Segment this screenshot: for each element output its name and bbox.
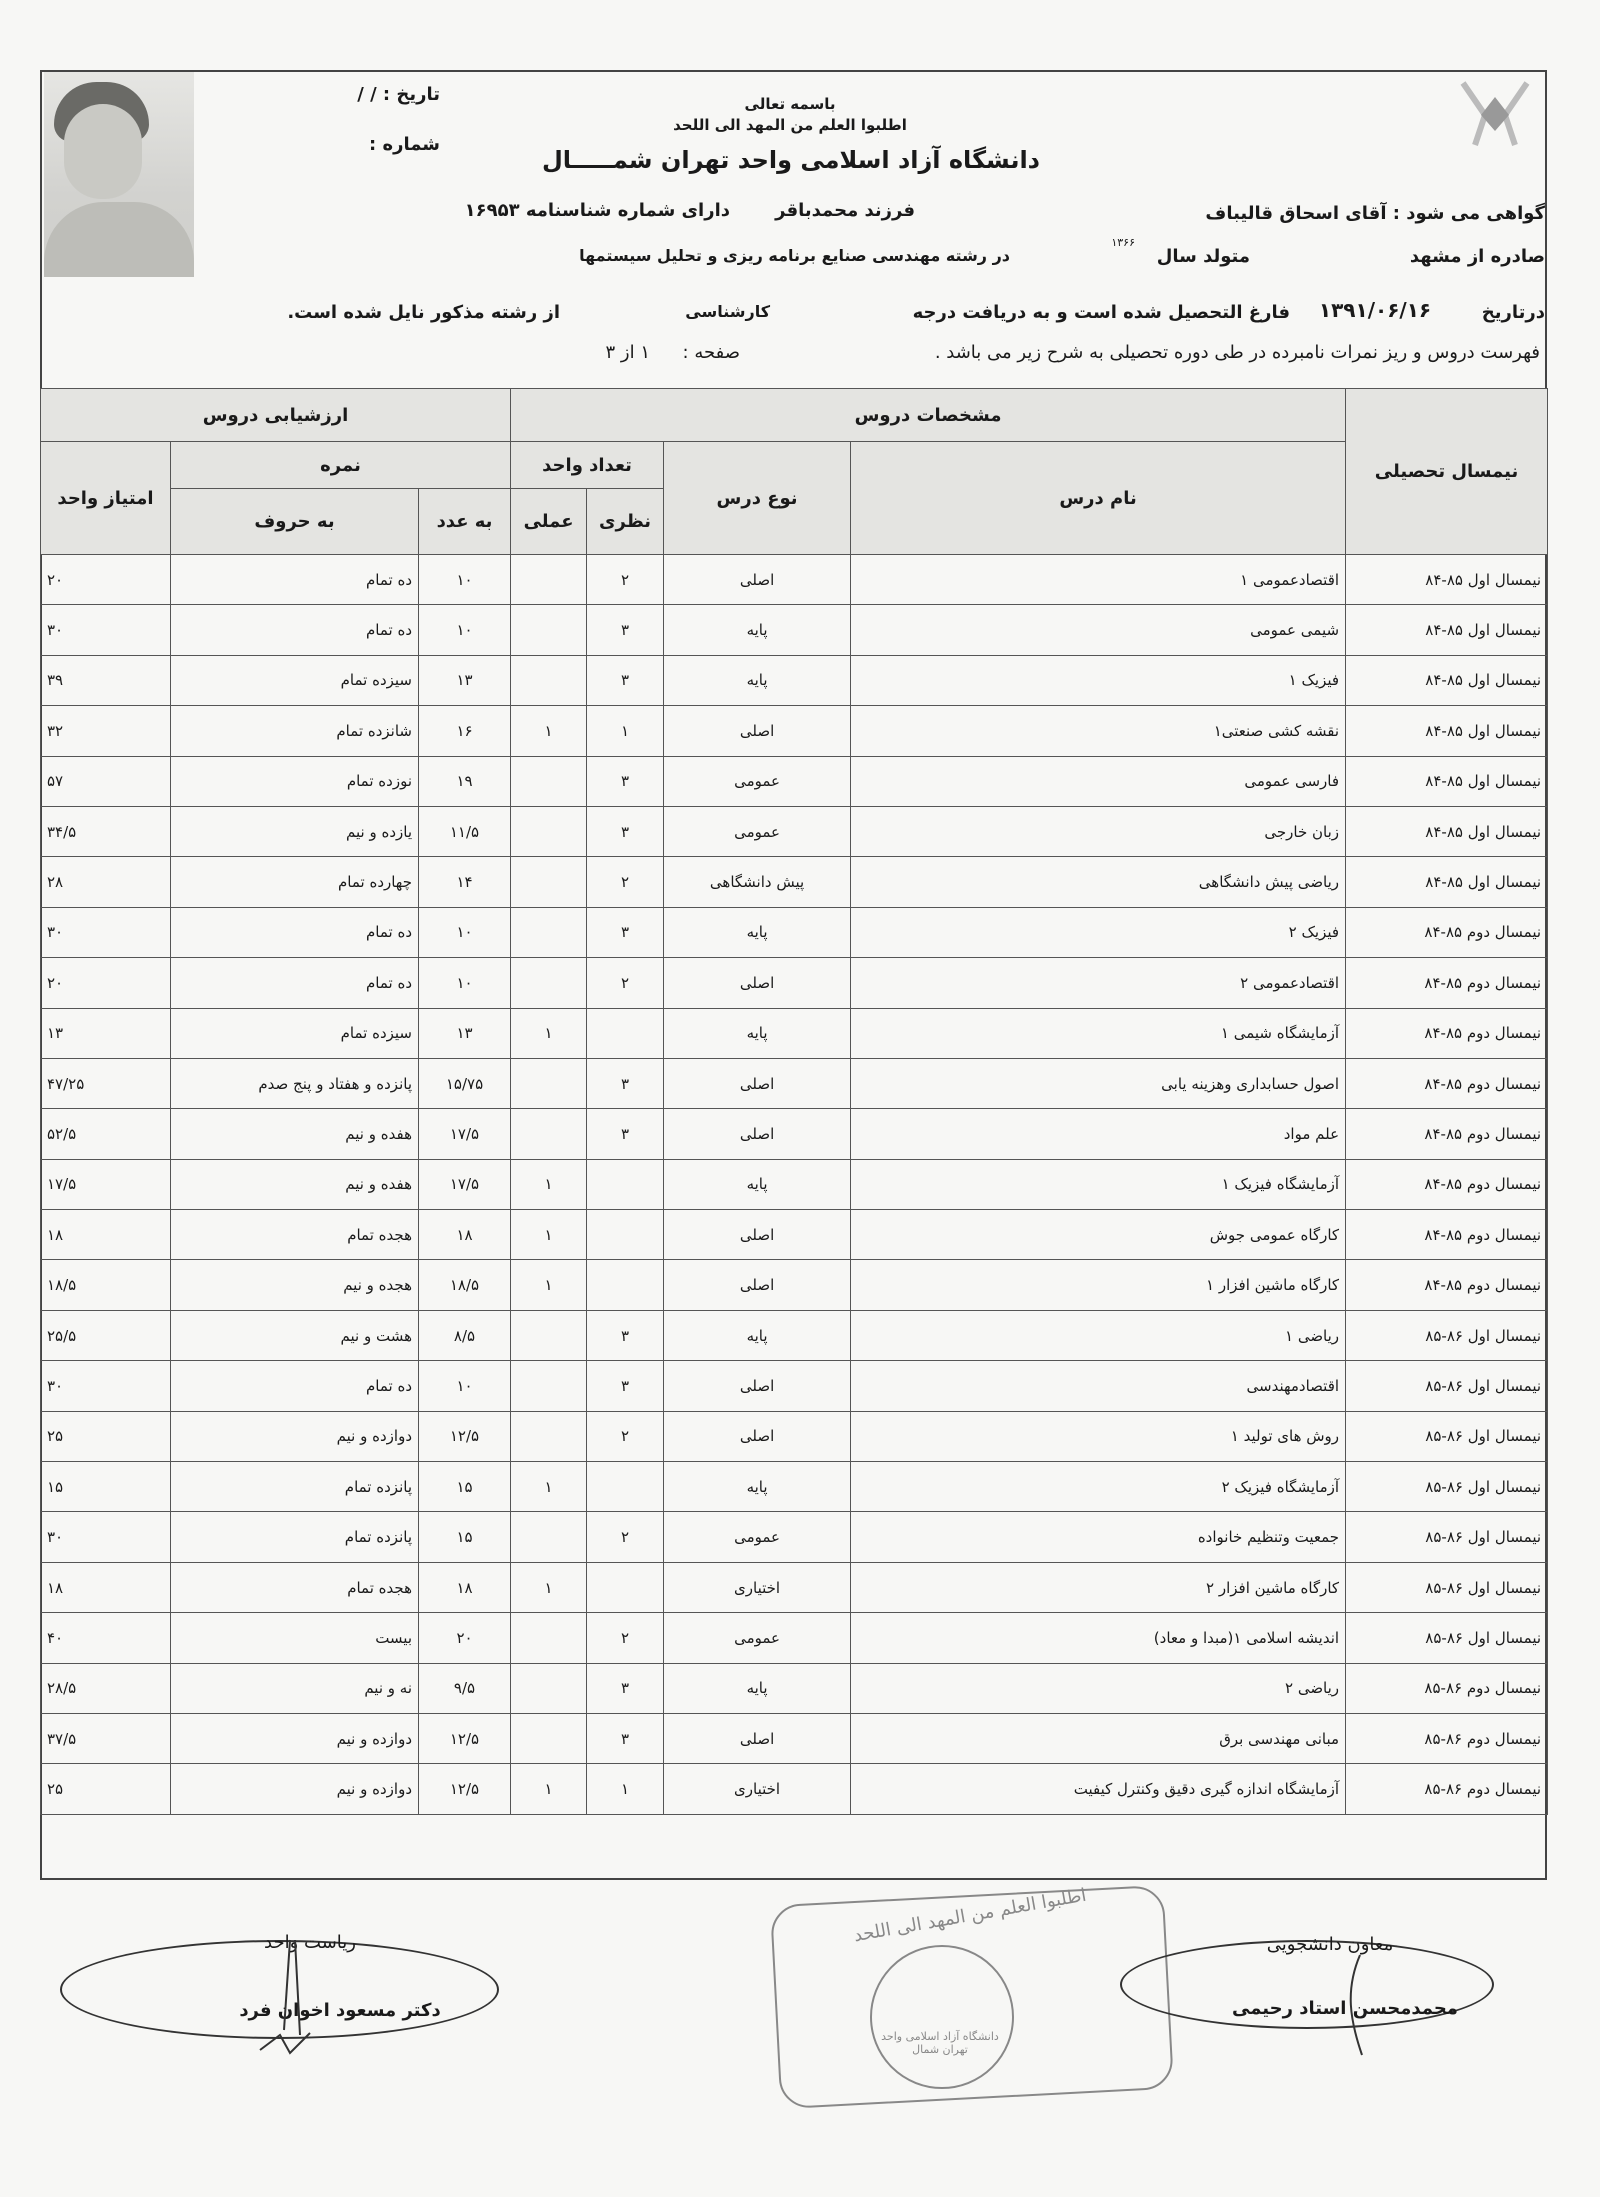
- row-practical-units: [511, 605, 587, 655]
- row-course-type: پایه: [664, 1008, 851, 1058]
- row-term: نیمسال دوم ۸۵-۸۴: [1346, 1058, 1548, 1108]
- row-grade-numeric: ۱۵/۷۵: [419, 1058, 511, 1108]
- graduation-suffix: از رشته مذکور نایل شده است.: [250, 302, 560, 323]
- row-course-type: اصلی: [664, 1210, 851, 1260]
- table-row: نیمسال دوم ۸۶-۸۵آزمایشگاه اندازه گیری دق…: [41, 1764, 1548, 1814]
- grades-table-body: نیمسال اول ۸۵-۸۴اقتصادعمومی ۱اصلی۲۱۰ده ت…: [41, 555, 1548, 1815]
- table-row: نیمسال دوم ۸۵-۸۴کارگاه ماشین افزار ۱اصلی…: [41, 1260, 1548, 1310]
- row-grade-words: هجده و نیم: [171, 1260, 419, 1310]
- page-label: صفحه :: [660, 342, 740, 363]
- table-row: نیمسال اول ۸۵-۸۴اقتصادعمومی ۱اصلی۲۱۰ده ت…: [41, 555, 1548, 605]
- table-row: نیمسال اول ۸۶-۸۵اندیشه اسلامی ۱(مبدا و م…: [41, 1613, 1548, 1663]
- list-intro: فهرست دروس و ریز نمرات نامبرده در طی دور…: [750, 342, 1540, 363]
- row-theory-units: [587, 1462, 664, 1512]
- table-row: نیمسال اول ۸۶-۸۵کارگاه ماشین افزار ۲اختی…: [41, 1562, 1548, 1612]
- row-theory-units: ۲: [587, 555, 664, 605]
- row-course-type: عمومی: [664, 1512, 851, 1562]
- row-grade-numeric: ۱۱/۵: [419, 806, 511, 856]
- row-unit-points: ۲۵: [41, 1411, 171, 1461]
- row-course-type: عمومی: [664, 806, 851, 856]
- row-practical-units: [511, 756, 587, 806]
- row-unit-points: ۴۷/۲۵: [41, 1058, 171, 1108]
- field-of-study: در رشته مهندسی صنایع برنامه ریزی و تحلیل…: [540, 246, 1010, 265]
- number-label: شماره :: [320, 134, 440, 155]
- header-grade: نمره: [171, 442, 511, 489]
- row-theory-units: [587, 1562, 664, 1612]
- row-term: نیمسال اول ۸۶-۸۵: [1346, 1361, 1548, 1411]
- certify-prefix: گواهی می شود :: [1393, 203, 1545, 224]
- graduation-prefix: درتاریخ: [1460, 302, 1545, 323]
- row-practical-units: [511, 958, 587, 1008]
- row-grade-numeric: ۱۲/۵: [419, 1713, 511, 1763]
- row-grade-numeric: ۱۶: [419, 706, 511, 756]
- table-row: نیمسال دوم ۸۵-۸۴علم مواداصلی۳۱۷/۵هفده و …: [41, 1109, 1548, 1159]
- row-theory-units: ۳: [587, 1361, 664, 1411]
- row-course-name: فیزیک ۲: [851, 907, 1346, 957]
- row-term: نیمسال اول ۸۶-۸۵: [1346, 1310, 1548, 1360]
- table-row: نیمسال دوم ۸۵-۸۴اصول حسابداری وهزینه یاب…: [41, 1058, 1548, 1108]
- table-row: نیمسال دوم ۸۵-۸۴اقتصادعمومی ۲اصلی۲۱۰ده ت…: [41, 958, 1548, 1008]
- row-grade-numeric: ۸/۵: [419, 1310, 511, 1360]
- row-course-type: پایه: [664, 1159, 851, 1209]
- row-unit-points: ۱۸: [41, 1210, 171, 1260]
- header-course-type: نوع درس: [664, 442, 851, 555]
- row-course-name: آزمایشگاه اندازه گیری دقیق وکنترل کیفیت: [851, 1764, 1346, 1814]
- row-practical-units: [511, 1058, 587, 1108]
- row-grade-words: هفده و نیم: [171, 1159, 419, 1209]
- table-row: نیمسال اول ۸۵-۸۴نقشه کشی صنعتی۱اصلی۱۱۱۶ش…: [41, 706, 1548, 756]
- row-grade-numeric: ۱۰: [419, 907, 511, 957]
- row-course-type: پیش دانشگاهی: [664, 857, 851, 907]
- header-units: تعداد واحد: [511, 442, 664, 489]
- row-course-name: اقتصادعمومی ۱: [851, 555, 1346, 605]
- row-unit-points: ۲۵: [41, 1764, 171, 1814]
- university-name: دانشگاه آزاد اسلامی واحد تهران شمـــــال: [570, 146, 1040, 174]
- row-grade-numeric: ۱۴: [419, 857, 511, 907]
- row-course-type: اصلی: [664, 1713, 851, 1763]
- row-grade-words: هجده تمام: [171, 1210, 419, 1260]
- row-practical-units: ۱: [511, 1764, 587, 1814]
- table-row: نیمسال اول ۸۶-۸۵روش های تولید ۱اصلی۲۱۲/۵…: [41, 1411, 1548, 1461]
- row-unit-points: ۳۰: [41, 605, 171, 655]
- row-term: نیمسال اول ۸۵-۸۴: [1346, 806, 1548, 856]
- row-theory-units: [587, 1260, 664, 1310]
- row-theory-units: ۱: [587, 706, 664, 756]
- row-grade-words: یازده و نیم: [171, 806, 419, 856]
- header-evaluation: ارزشیابی دروس: [41, 389, 511, 442]
- row-course-type: عمومی: [664, 1613, 851, 1663]
- row-theory-units: ۳: [587, 1663, 664, 1713]
- row-course-name: نقشه کشی صنعتی۱: [851, 706, 1346, 756]
- right-signatory-title: معاون دانشجویی: [1250, 1934, 1410, 1955]
- row-course-type: اصلی: [664, 1260, 851, 1310]
- row-practical-units: [511, 1361, 587, 1411]
- stamp-seal-circle: [870, 1945, 1014, 2089]
- hadith: اطلبوا العلم من المهد الی اللحد: [630, 116, 950, 134]
- row-grade-words: هجده تمام: [171, 1562, 419, 1612]
- row-unit-points: ۲۸/۵: [41, 1663, 171, 1713]
- table-row: نیمسال اول ۸۵-۸۴شیمی عمومیپایه۳۱۰ده تمام…: [41, 605, 1548, 655]
- row-course-type: اصلی: [664, 1361, 851, 1411]
- row-term: نیمسال اول ۸۶-۸۵: [1346, 1411, 1548, 1461]
- row-grade-numeric: ۱۷/۵: [419, 1159, 511, 1209]
- row-grade-words: نوزده تمام: [171, 756, 419, 806]
- table-row: نیمسال دوم ۸۶-۸۵ریاضی ۲پایه۳۹/۵نه و نیم۲…: [41, 1663, 1548, 1713]
- father-name: فرزند محمدباقر: [755, 200, 915, 221]
- row-theory-units: ۱: [587, 1764, 664, 1814]
- row-course-type: پایه: [664, 655, 851, 705]
- row-grade-numeric: ۱۳: [419, 655, 511, 705]
- row-course-type: اختیاری: [664, 1562, 851, 1612]
- row-grade-words: دوازده و نیم: [171, 1713, 419, 1763]
- row-term: نیمسال اول ۸۶-۸۵: [1346, 1462, 1548, 1512]
- row-course-type: اصلی: [664, 555, 851, 605]
- row-course-name: آزمایشگاه فیزیک ۱: [851, 1159, 1346, 1209]
- row-unit-points: ۱۵: [41, 1462, 171, 1512]
- row-unit-points: ۳۲: [41, 706, 171, 756]
- row-grade-words: هشت و نیم: [171, 1310, 419, 1360]
- row-grade-numeric: ۱۰: [419, 958, 511, 1008]
- row-term: نیمسال اول ۸۶-۸۵: [1346, 1512, 1548, 1562]
- table-row: نیمسال اول ۸۶-۸۵اقتصادمهندسیاصلی۳۱۰ده تم…: [41, 1361, 1548, 1411]
- row-practical-units: [511, 1613, 587, 1663]
- row-course-name: اندیشه اسلامی ۱(مبدا و معاد): [851, 1613, 1346, 1663]
- table-row: نیمسال دوم ۸۵-۸۴کارگاه عمومی جوشاصلی۱۱۸ه…: [41, 1210, 1548, 1260]
- row-course-type: اصلی: [664, 1411, 851, 1461]
- row-grade-words: دوازده و نیم: [171, 1764, 419, 1814]
- table-row: نیمسال اول ۸۵-۸۴ریاضی پیش دانشگاهیپیش دا…: [41, 857, 1548, 907]
- row-unit-points: ۱۸: [41, 1562, 171, 1612]
- row-term: نیمسال دوم ۸۵-۸۴: [1346, 958, 1548, 1008]
- row-term: نیمسال دوم ۸۵-۸۴: [1346, 1008, 1548, 1058]
- row-grade-words: چهارده تمام: [171, 857, 419, 907]
- row-unit-points: ۳۰: [41, 907, 171, 957]
- header-unit-points: امتیاز واحد: [41, 442, 171, 555]
- row-course-name: کارگاه ماشین افزار ۱: [851, 1260, 1346, 1310]
- row-course-type: اصلی: [664, 1058, 851, 1108]
- row-theory-units: ۳: [587, 1310, 664, 1360]
- row-course-name: اصول حسابداری وهزینه یابی: [851, 1058, 1346, 1108]
- row-course-type: اختیاری: [664, 1764, 851, 1814]
- row-course-name: علم مواد: [851, 1109, 1346, 1159]
- row-course-type: پایه: [664, 1663, 851, 1713]
- row-grade-numeric: ۱۹: [419, 756, 511, 806]
- row-unit-points: ۴۰: [41, 1613, 171, 1663]
- graduation-date: ۱۳۹۱/۰۶/۱۶: [1300, 298, 1450, 322]
- row-grade-words: بیست: [171, 1613, 419, 1663]
- row-theory-units: ۲: [587, 1512, 664, 1562]
- row-term: نیمسال اول ۸۵-۸۴: [1346, 655, 1548, 705]
- row-grade-words: ده تمام: [171, 555, 419, 605]
- transcript-page: باسمه تعالی اطلبوا العلم من المهد الی ال…: [0, 0, 1600, 2197]
- row-theory-units: ۳: [587, 1109, 664, 1159]
- row-term: نیمسال دوم ۸۵-۸۴: [1346, 1210, 1548, 1260]
- row-term: نیمسال دوم ۸۵-۸۴: [1346, 1260, 1548, 1310]
- row-unit-points: ۱۸/۵: [41, 1260, 171, 1310]
- row-term: نیمسال اول ۸۶-۸۵: [1346, 1562, 1548, 1612]
- row-grade-words: پانزده تمام: [171, 1512, 419, 1562]
- header-course-name: نام درس: [851, 442, 1346, 555]
- row-practical-units: [511, 907, 587, 957]
- student-name: آقای اسحاق قالیباف: [1205, 203, 1386, 224]
- row-term: نیمسال اول ۸۵-۸۴: [1346, 555, 1548, 605]
- row-theory-units: [587, 1159, 664, 1209]
- row-grade-words: شانزده تمام: [171, 706, 419, 756]
- id-number: دارای شماره شناسنامه ۱۶۹۵۳: [460, 200, 730, 221]
- row-grade-numeric: ۱۲/۵: [419, 1411, 511, 1461]
- row-theory-units: ۳: [587, 605, 664, 655]
- row-practical-units: ۱: [511, 1159, 587, 1209]
- row-term: نیمسال اول ۸۵-۸۴: [1346, 857, 1548, 907]
- table-row: نیمسال اول ۸۶-۸۵آزمایشگاه فیزیک ۲پایه۱۱۵…: [41, 1462, 1548, 1512]
- row-unit-points: ۳۴/۵: [41, 806, 171, 856]
- row-grade-words: دوازده و نیم: [171, 1411, 419, 1461]
- row-course-name: کارگاه عمومی جوش: [851, 1210, 1346, 1260]
- row-unit-points: ۳۷/۵: [41, 1713, 171, 1763]
- row-theory-units: ۲: [587, 958, 664, 1008]
- header-term: نیمسال تحصیلی: [1346, 389, 1548, 555]
- row-practical-units: [511, 1411, 587, 1461]
- row-course-type: پایه: [664, 605, 851, 655]
- table-row: نیمسال دوم ۸۵-۸۴آزمایشگاه شیمی ۱پایه۱۱۳س…: [41, 1008, 1548, 1058]
- page-indicator: ۱ از ۳: [570, 342, 650, 363]
- row-course-name: زبان خارجی: [851, 806, 1346, 856]
- row-practical-units: [511, 1310, 587, 1360]
- row-grade-words: ده تمام: [171, 958, 419, 1008]
- row-grade-words: هفده و نیم: [171, 1109, 419, 1159]
- issued-from: صادره از مشهد: [1380, 246, 1545, 267]
- row-practical-units: [511, 555, 587, 605]
- date-label: تاریخ : / /: [300, 84, 440, 105]
- row-unit-points: ۱۳: [41, 1008, 171, 1058]
- row-practical-units: [511, 1713, 587, 1763]
- row-grade-numeric: ۱۲/۵: [419, 1764, 511, 1814]
- row-grade-words: سیزده تمام: [171, 1008, 419, 1058]
- row-course-name: ریاضی پیش دانشگاهی: [851, 857, 1346, 907]
- header-grade-numeric: به عدد: [419, 489, 511, 555]
- row-term: نیمسال دوم ۸۶-۸۵: [1346, 1663, 1548, 1713]
- row-course-name: روش های تولید ۱: [851, 1411, 1346, 1461]
- row-unit-points: ۱۷/۵: [41, 1159, 171, 1209]
- row-practical-units: ۱: [511, 1462, 587, 1512]
- certify-line: گواهی می شود : آقای اسحاق قالیباف: [1175, 203, 1545, 224]
- right-signature-scribble-icon: [1340, 1950, 1380, 2060]
- row-theory-units: [587, 1210, 664, 1260]
- row-term: نیمسال اول ۸۵-۸۴: [1346, 605, 1548, 655]
- row-course-name: شیمی عمومی: [851, 605, 1346, 655]
- row-grade-words: ده تمام: [171, 907, 419, 957]
- row-theory-units: [587, 1008, 664, 1058]
- table-row: نیمسال دوم ۸۵-۸۴فیزیک ۲پایه۳۱۰ده تمام۳۰: [41, 907, 1548, 957]
- header-course-specs: مشخصات دروس: [511, 389, 1346, 442]
- birth-year: ۱۳۶۶: [1085, 236, 1135, 249]
- row-unit-points: ۳۰: [41, 1512, 171, 1562]
- row-theory-units: ۳: [587, 806, 664, 856]
- row-grade-numeric: ۱۸: [419, 1210, 511, 1260]
- row-practical-units: [511, 1512, 587, 1562]
- row-grade-numeric: ۱۸: [419, 1562, 511, 1612]
- student-photo: [44, 72, 194, 277]
- row-grade-words: پانزده تمام: [171, 1462, 419, 1512]
- header-practical: عملی: [511, 489, 587, 555]
- row-theory-units: ۲: [587, 1613, 664, 1663]
- row-course-name: مبانی مهندسی برق: [851, 1713, 1346, 1763]
- table-row: نیمسال اول ۸۶-۸۵جمعیت وتنظیم خانوادهعموم…: [41, 1512, 1548, 1562]
- row-course-name: اقتصادمهندسی: [851, 1361, 1346, 1411]
- row-course-name: فیزیک ۱: [851, 655, 1346, 705]
- birth-label: متولد سال: [1140, 246, 1250, 267]
- left-signature-scribble-icon: [250, 1935, 330, 2065]
- row-theory-units: ۲: [587, 857, 664, 907]
- row-theory-units: ۲: [587, 1411, 664, 1461]
- row-course-type: اصلی: [664, 1109, 851, 1159]
- row-practical-units: ۱: [511, 1562, 587, 1612]
- row-unit-points: ۲۰: [41, 958, 171, 1008]
- row-grade-numeric: ۱۸/۵: [419, 1260, 511, 1310]
- row-unit-points: ۲۸: [41, 857, 171, 907]
- row-theory-units: ۳: [587, 907, 664, 957]
- row-course-type: اصلی: [664, 706, 851, 756]
- row-practical-units: [511, 857, 587, 907]
- row-course-name: جمعیت وتنظیم خانواده: [851, 1512, 1346, 1562]
- row-practical-units: [511, 1109, 587, 1159]
- row-practical-units: ۱: [511, 1008, 587, 1058]
- row-unit-points: ۳۹: [41, 655, 171, 705]
- row-grade-numeric: ۱۳: [419, 1008, 511, 1058]
- row-grade-words: پانزده و هفتاد و پنج صدم: [171, 1058, 419, 1108]
- row-grade-words: نه و نیم: [171, 1663, 419, 1713]
- row-grade-numeric: ۱۵: [419, 1512, 511, 1562]
- table-row: نیمسال دوم ۸۶-۸۵مبانی مهندسی برقاصلی۳۱۲/…: [41, 1713, 1548, 1763]
- row-course-type: عمومی: [664, 756, 851, 806]
- row-grade-numeric: ۱۵: [419, 1462, 511, 1512]
- row-term: نیمسال دوم ۸۵-۸۴: [1346, 1109, 1548, 1159]
- row-practical-units: ۱: [511, 1260, 587, 1310]
- table-row: نیمسال اول ۸۶-۸۵ریاضی ۱پایه۳۸/۵هشت و نیم…: [41, 1310, 1548, 1360]
- header-grade-words: به حروف: [171, 489, 419, 555]
- row-grade-numeric: ۱۰: [419, 555, 511, 605]
- row-practical-units: [511, 806, 587, 856]
- row-term: نیمسال اول ۸۶-۸۵: [1346, 1613, 1548, 1663]
- row-course-name: آزمایشگاه شیمی ۱: [851, 1008, 1346, 1058]
- row-grade-numeric: ۱۰: [419, 605, 511, 655]
- row-unit-points: ۳۰: [41, 1361, 171, 1411]
- row-grade-numeric: ۱۷/۵: [419, 1109, 511, 1159]
- row-term: نیمسال دوم ۸۶-۸۵: [1346, 1764, 1548, 1814]
- row-unit-points: ۵۲/۵: [41, 1109, 171, 1159]
- row-grade-words: سیزده تمام: [171, 655, 419, 705]
- row-grade-words: ده تمام: [171, 605, 419, 655]
- row-theory-units: ۳: [587, 655, 664, 705]
- row-course-name: ریاضی ۱: [851, 1310, 1346, 1360]
- table-row: نیمسال دوم ۸۵-۸۴آزمایشگاه فیزیک ۱پایه۱۱۷…: [41, 1159, 1548, 1209]
- row-course-type: پایه: [664, 1462, 851, 1512]
- row-course-name: اقتصادعمومی ۲: [851, 958, 1346, 1008]
- row-term: نیمسال دوم ۸۶-۸۵: [1346, 1713, 1548, 1763]
- grades-table: نیمسال تحصیلی مشخصات دروس ارزشیابی دروس …: [40, 388, 1548, 1815]
- row-course-type: اصلی: [664, 958, 851, 1008]
- row-unit-points: ۲۰: [41, 555, 171, 605]
- row-term: نیمسال اول ۸۵-۸۴: [1346, 706, 1548, 756]
- row-grade-numeric: ۲۰: [419, 1613, 511, 1663]
- table-row: نیمسال اول ۸۵-۸۴زبان خارجیعمومی۳۱۱/۵یازد…: [41, 806, 1548, 856]
- row-grade-numeric: ۱۰: [419, 1361, 511, 1411]
- row-course-name: کارگاه ماشین افزار ۲: [851, 1562, 1346, 1612]
- row-course-name: آزمایشگاه فیزیک ۲: [851, 1462, 1346, 1512]
- row-course-type: پایه: [664, 1310, 851, 1360]
- row-course-type: پایه: [664, 907, 851, 957]
- row-course-name: ریاضی ۲: [851, 1663, 1346, 1713]
- table-row: نیمسال اول ۸۵-۸۴فیزیک ۱پایه۳۱۳سیزده تمام…: [41, 655, 1548, 705]
- row-course-name: فارسی عمومی: [851, 756, 1346, 806]
- row-unit-points: ۲۵/۵: [41, 1310, 171, 1360]
- row-theory-units: ۳: [587, 1713, 664, 1763]
- row-theory-units: ۳: [587, 1058, 664, 1108]
- bismillah: باسمه تعالی: [700, 95, 880, 113]
- header-theory: نظری: [587, 489, 664, 555]
- row-term: نیمسال اول ۸۵-۸۴: [1346, 756, 1548, 806]
- university-logo-icon: [1455, 75, 1535, 155]
- graduation-text: فارغ التحصیل شده است و به دریافت درجه: [830, 302, 1290, 323]
- row-unit-points: ۵۷: [41, 756, 171, 806]
- row-term: نیمسال دوم ۸۵-۸۴: [1346, 1159, 1548, 1209]
- row-theory-units: ۳: [587, 756, 664, 806]
- degree: کارشناسی: [660, 302, 770, 321]
- row-grade-words: ده تمام: [171, 1361, 419, 1411]
- row-practical-units: [511, 1663, 587, 1713]
- row-practical-units: [511, 655, 587, 705]
- table-row: نیمسال اول ۸۵-۸۴فارسی عمومیعمومی۳۱۹نوزده…: [41, 756, 1548, 806]
- row-practical-units: ۱: [511, 706, 587, 756]
- stamp-inner-text: دانشگاه آزاد اسلامی واحد تهران شمال: [875, 2030, 1005, 2056]
- row-practical-units: ۱: [511, 1210, 587, 1260]
- row-grade-numeric: ۹/۵: [419, 1663, 511, 1713]
- row-term: نیمسال دوم ۸۵-۸۴: [1346, 907, 1548, 957]
